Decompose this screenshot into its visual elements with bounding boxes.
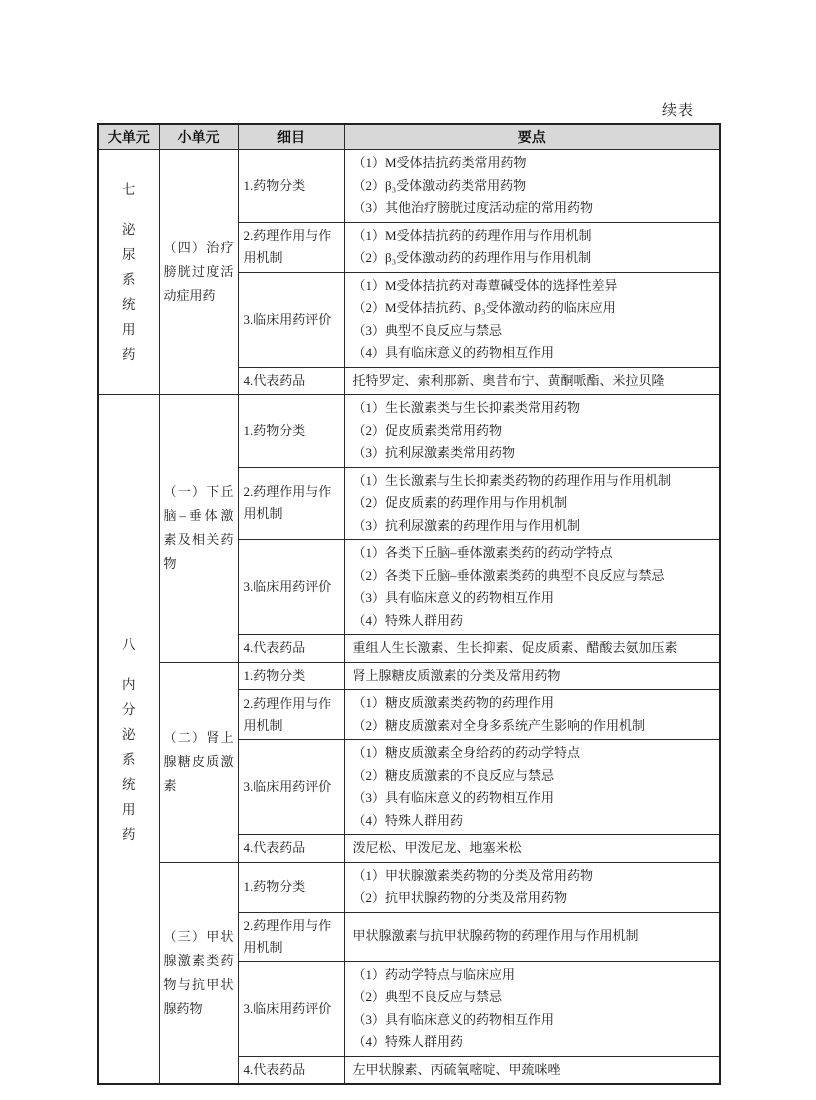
point-line: （1）M受体拮抗药类常用药物 [353,152,717,175]
points-cell: （1）M受体拮抗药的药理作用与作用机制（2）β₃受体激动药的药理作用与作用机制 [344,222,720,272]
item-cell: 4.代表药品 [238,635,344,663]
point-line: （3）典型不良反应与禁忌 [353,320,717,343]
item-cell: 1.药物分类 [238,395,344,468]
point-line: 托特罗定、索利那新、奥昔布宁、黄酮哌酯、米拉贝隆 [353,370,717,393]
point-line: （1）M受体拮抗药对毒蕈碱受体的选择性差异 [353,275,717,298]
unit-name-text: 内分泌系统用药 [121,672,136,847]
point-line: （3）抗利尿激素的药理作用与作用机制 [353,515,717,538]
subunit-cell: （四）治疗膀胱过度活动症用药 [159,150,238,395]
points-cell: （1）甲状腺激素类药物的分类及常用药物（2）抗甲状腺药物的分类及常用药物 [344,862,720,912]
item-cell: 2.药理作用与作用机制 [238,690,344,740]
points-cell: （1）生长激素与生长抑素类药物的药理作用与作用机制（2）促皮质素的药理作用与作用… [344,467,720,540]
point-line: （2）β₃受体激动药的药理作用与作用机制 [353,247,717,270]
point-line: （1）M受体拮抗药的药理作用与作用机制 [353,225,717,248]
point-line: （1）甲状腺激素类药物的分类及常用药物 [353,865,717,888]
header-cell-subunit: 小单元 [159,124,238,150]
point-line: （1）各类下丘脑–垂体激素类药的药动学特点 [353,542,717,565]
point-line: （1）糖皮质激素全身给药的药动学特点 [353,742,717,765]
point-line: （4）具有临床意义的药物相互作用 [353,342,717,365]
point-line: （3）具有临床意义的药物相互作用 [353,787,717,810]
item-cell: 1.药物分类 [238,662,344,690]
header-cell-unit: 大单元 [98,124,159,150]
table-row: 八内分泌系统用药（一）下丘脑–垂体激素及相关药物1.药物分类（1）生长激素类与生… [98,395,720,468]
point-line: （2）M受体拮抗药、β₃受体激动药的临床应用 [353,297,717,320]
point-line: 重组人生长激素、生长抑素、促皮质素、醋酸去氨加压素 [353,637,717,660]
header-cell-item: 细目 [238,124,344,150]
table-row: （二）肾上腺糖皮质激素1.药物分类肾上腺糖皮质激素的分类及常用药物 [98,662,720,690]
item-cell: 3.临床用药评价 [238,740,344,835]
point-line: （2）促皮质素的药理作用与作用机制 [353,492,717,515]
points-cell: （1）M受体拮抗药对毒蕈碱受体的选择性差异（2）M受体拮抗药、β₃受体激动药的临… [344,272,720,367]
point-line: （4）特殊人群用药 [353,810,717,833]
point-line: （2）各类下丘脑–垂体激素类药的典型不良反应与禁忌 [353,565,717,588]
point-line: （4）特殊人群用药 [353,610,717,633]
subunit-cell: （一）下丘脑–垂体激素及相关药物 [159,395,238,663]
header-cell-points: 要点 [344,124,720,150]
item-cell: 4.代表药品 [238,367,344,395]
subunit-cell: （三）甲状腺激素类药物与抗甲状腺药物 [159,862,238,1084]
document-page: 续表 大单元 小单元 细目 要点 七泌尿系统用药（四）治疗膀胱过度活动症用药1.… [0,0,816,1100]
point-line: 肾上腺糖皮质激素的分类及常用药物 [353,665,717,688]
point-line: 甲状腺激素与抗甲状腺药物的药理作用与作用机制 [353,925,717,948]
points-cell: 重组人生长激素、生长抑素、促皮质素、醋酸去氨加压素 [344,635,720,663]
item-cell: 2.药理作用与作用机制 [238,222,344,272]
points-cell: 左甲状腺素、丙硫氧嘧啶、甲巯咪唑 [344,1056,720,1084]
point-line: （2）促皮质素类常用药物 [353,420,717,443]
item-cell: 1.药物分类 [238,862,344,912]
point-line: （2）β₃受体激动药类常用药物 [353,175,717,198]
item-cell: 4.代表药品 [238,1056,344,1084]
points-cell: （1）生长激素类与生长抑素类常用药物（2）促皮质素类常用药物（3）抗利尿激素类常… [344,395,720,468]
points-cell: （1）糖皮质激素类药物的药理作用（2）糖皮质激素对全身多系统产生影响的作用机制 [344,690,720,740]
item-cell: 2.药理作用与作用机制 [238,912,344,961]
point-line: （2）抗甲状腺药物的分类及常用药物 [353,887,717,910]
points-cell: （1）M受体拮抗药类常用药物（2）β₃受体激动药类常用药物（3）其他治疗膀胱过度… [344,150,720,223]
point-line: （1）糖皮质激素类药物的药理作用 [353,692,717,715]
point-line: （4）特殊人群用药 [353,1031,717,1054]
continued-table-label: 续表 [662,99,694,120]
point-line: 泼尼松、甲泼尼龙、地塞米松 [353,837,717,860]
point-line: （2）糖皮质激素的不良反应与禁忌 [353,765,717,788]
point-line: （1）生长激素类与生长抑素类常用药物 [353,397,717,420]
item-cell: 2.药理作用与作用机制 [238,467,344,540]
point-line: （1）生长激素与生长抑素类药物的药理作用与作用机制 [353,470,717,493]
unit-cell: 八内分泌系统用药 [98,395,159,1085]
points-cell: 托特罗定、索利那新、奥昔布宁、黄酮哌酯、米拉贝隆 [344,367,720,395]
point-line: （3）具有临床意义的药物相互作用 [353,587,717,610]
item-cell: 4.代表药品 [238,835,344,863]
header-row: 大单元 小单元 细目 要点 [98,124,720,150]
points-cell: 泼尼松、甲泼尼龙、地塞米松 [344,835,720,863]
points-cell: （1）糖皮质激素全身给药的药动学特点（2）糖皮质激素的不良反应与禁忌（3）具有临… [344,740,720,835]
point-line: （3）具有临床意义的药物相互作用 [353,1009,717,1032]
syllabus-table: 大单元 小单元 细目 要点 七泌尿系统用药（四）治疗膀胱过度活动症用药1.药物分… [97,123,721,1085]
point-line: （3）其他治疗膀胱过度活动症的常用药物 [353,197,717,220]
point-line: （1）药动学特点与临床应用 [353,964,717,987]
table-header: 大单元 小单元 细目 要点 [98,124,720,150]
item-cell: 3.临床用药评价 [238,961,344,1056]
item-cell: 1.药物分类 [238,150,344,223]
item-cell: 3.临床用药评价 [238,540,344,635]
subunit-cell: （二）肾上腺糖皮质激素 [159,662,238,862]
table-row: （三）甲状腺激素类药物与抗甲状腺药物1.药物分类（1）甲状腺激素类药物的分类及常… [98,862,720,912]
table-body: 七泌尿系统用药（四）治疗膀胱过度活动症用药1.药物分类（1）M受体拮抗药类常用药… [98,150,720,1085]
point-line: （3）抗利尿激素类常用药物 [353,442,717,465]
unit-number-text: 八 [121,632,136,657]
point-line: （2）糖皮质激素对全身多系统产生影响的作用机制 [353,715,717,738]
table-row: 七泌尿系统用药（四）治疗膀胱过度活动症用药1.药物分类（1）M受体拮抗药类常用药… [98,150,720,223]
item-cell: 3.临床用药评价 [238,272,344,367]
points-cell: （1）各类下丘脑–垂体激素类药的药动学特点（2）各类下丘脑–垂体激素类药的典型不… [344,540,720,635]
unit-name-text: 泌尿系统用药 [121,217,136,367]
points-cell: （1）药动学特点与临床应用（2）典型不良反应与禁忌（3）具有临床意义的药物相互作… [344,961,720,1056]
points-cell: 肾上腺糖皮质激素的分类及常用药物 [344,662,720,690]
unit-number-text: 七 [121,177,136,202]
point-line: 左甲状腺素、丙硫氧嘧啶、甲巯咪唑 [353,1059,717,1082]
unit-cell: 七泌尿系统用药 [98,150,159,395]
point-line: （2）典型不良反应与禁忌 [353,986,717,1009]
points-cell: 甲状腺激素与抗甲状腺药物的药理作用与作用机制 [344,912,720,961]
